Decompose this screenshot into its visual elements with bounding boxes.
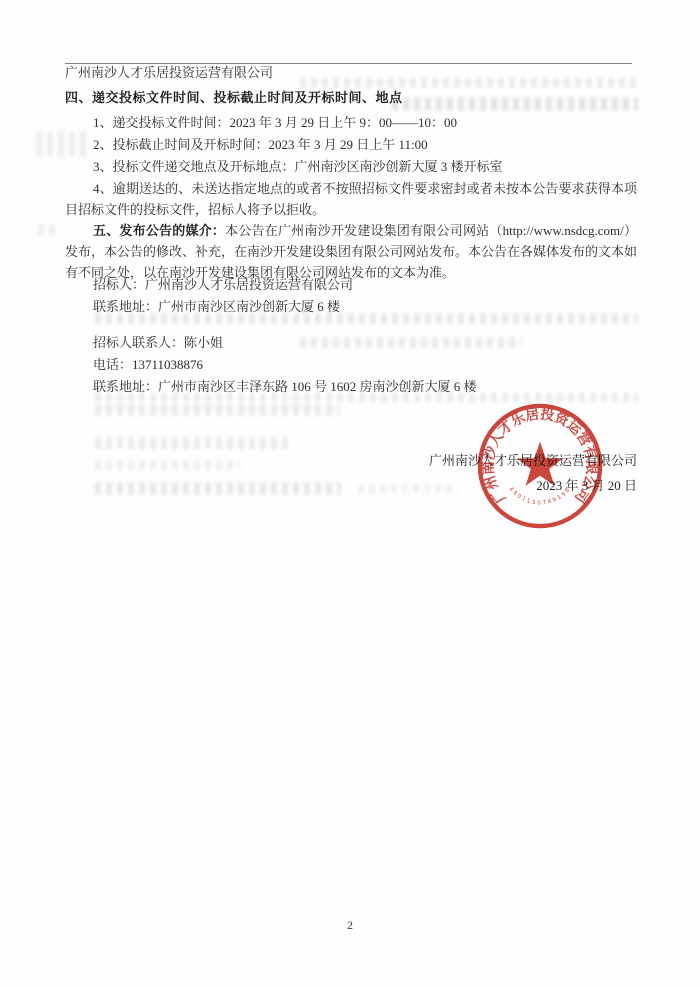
section-5-heading: 五、发布公告的媒介： bbox=[93, 223, 225, 238]
tenderer-address-line: 联系地址：广州市南沙区南沙创新大厦 6 楼 bbox=[93, 296, 353, 318]
document-body: 广州南沙人才乐居投资运营有限公司 四、递交投标文件时间、投标截止时间及开标时间、… bbox=[65, 62, 637, 283]
page-number: 2 bbox=[0, 918, 700, 933]
section-4-item-2: 2、投标截止时间及开标时间：2023 年 3 月 29 日上午 11:00 bbox=[65, 134, 637, 156]
scan-noise bbox=[95, 482, 341, 495]
scan-noise bbox=[95, 437, 291, 449]
contact-person-block: 招标人联系人：陈小姐 电话：13711038876 联系地址：广州市南沙区丰泽东… bbox=[93, 332, 477, 398]
section-4-item-4: 4、逾期送达的、未送达指定地点的或者不按照招标文件要求密封或者未按本公告要求获得… bbox=[65, 178, 637, 220]
phone-line: 电话：13711038876 bbox=[93, 354, 477, 376]
tenderer-contact-block: 招标人：广州南沙人才乐居投资运营有限公司 联系地址：广州市南沙区南沙创新大厦 6… bbox=[93, 274, 353, 318]
tenderer-company-line: 广州南沙人才乐居投资运营有限公司 bbox=[65, 62, 637, 84]
contact-person-line: 招标人联系人：陈小姐 bbox=[93, 332, 477, 354]
tenderer-line: 招标人：广州南沙人才乐居投资运营有限公司 bbox=[93, 274, 353, 296]
scanned-document-page: 广州南沙人才乐居投资运营有限公司 四、递交投标文件时间、投标截止时间及开标时间、… bbox=[0, 0, 700, 987]
section-4-heading: 四、递交投标文件时间、投标截止时间及开标时间、地点 bbox=[65, 87, 637, 109]
scan-noise bbox=[38, 224, 60, 236]
seal-serial-number: 4401150749198 bbox=[507, 486, 572, 506]
contact-address-line: 联系地址：广州市南沙区丰泽东路 106 号 1602 房南沙创新大厦 6 楼 bbox=[93, 376, 477, 398]
scan-noise bbox=[95, 404, 340, 416]
section-4-item-3: 3、投标文件递交地点及开标地点：广州南沙区南沙创新大厦 3 楼开标室 bbox=[65, 156, 637, 178]
company-seal-stamp: 广州南沙人才乐居投资运营有限公司 4401150749198 bbox=[466, 392, 614, 540]
seal-star-icon bbox=[517, 442, 563, 486]
section-4-item-1: 1、递交投标文件时间：2023 年 3 月 29 日上午 9：00——10：00 bbox=[65, 112, 637, 134]
scan-noise bbox=[95, 460, 240, 470]
